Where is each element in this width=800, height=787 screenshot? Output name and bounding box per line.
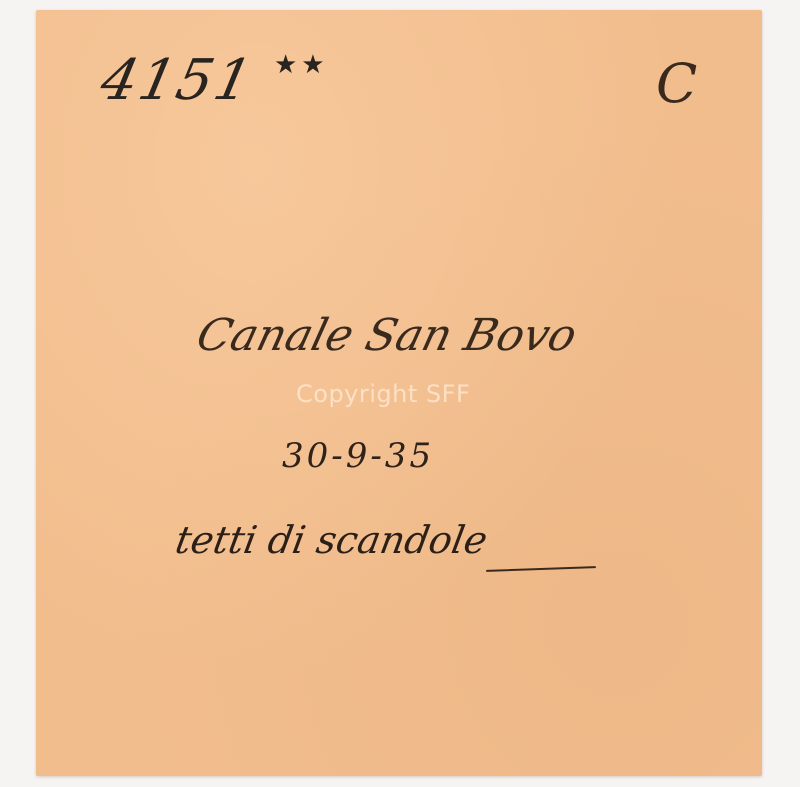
place-name: Canale San Bovo — [192, 310, 582, 361]
subject-underline — [486, 566, 596, 572]
star-icon: ★★ — [274, 50, 329, 80]
date: 30-9-35 — [282, 436, 434, 476]
copyright-watermark: Copyright SFF — [296, 380, 470, 408]
letter-code: C — [656, 52, 697, 115]
subject-description: tetti di scandole — [172, 518, 491, 562]
catalog-number: 4151 — [95, 48, 259, 113]
